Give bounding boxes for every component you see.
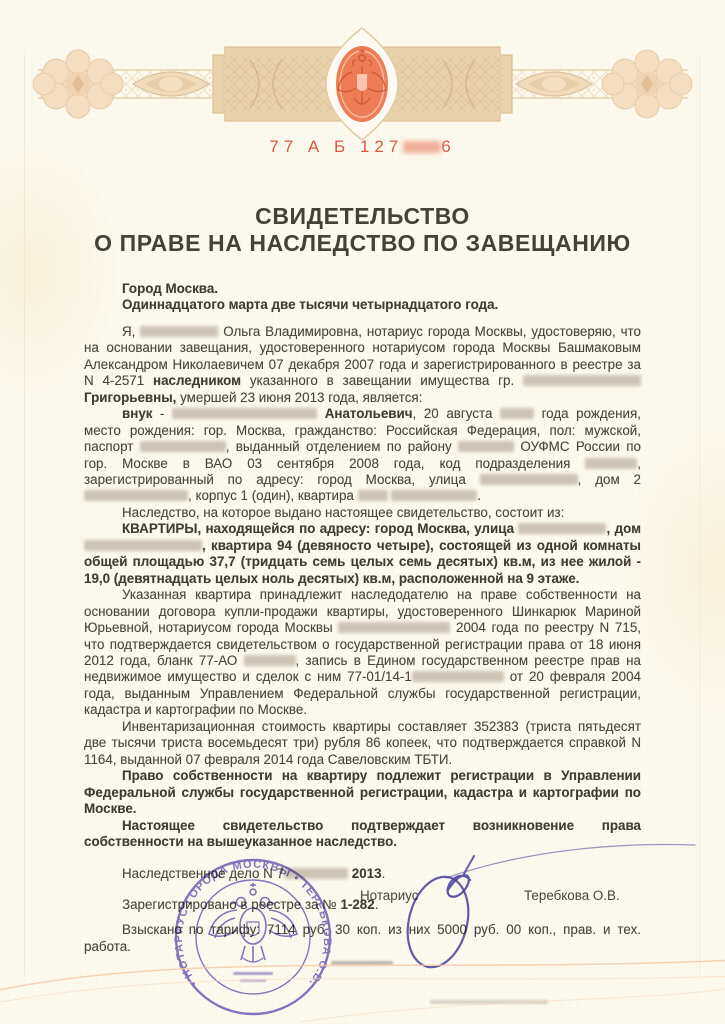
redacted-text (244, 655, 296, 666)
redacted-text (585, 458, 637, 469)
text-run: , дом 2 (578, 472, 641, 487)
text-run: внук (122, 406, 152, 421)
paragraph: Указанная квартира принадлежит наследода… (84, 587, 641, 719)
text-run: , корпус 1 (один), квартира (188, 488, 358, 503)
redacted-text (500, 408, 534, 419)
redacted-text (358, 490, 388, 501)
document-title: СВИДЕТЕЛЬСТВО О ПРАВЕ НА НАСЛЕДСТВО ПО З… (0, 203, 725, 257)
text-run: наследником (153, 373, 241, 388)
redacted-text (480, 474, 578, 485)
page-edge-line-left (24, 55, 25, 975)
serial-number: 77 А Б 1276 (0, 137, 725, 157)
redacted-text (172, 408, 317, 419)
paragraph: Наследство, на которое выдано настоящее … (84, 505, 641, 521)
text-run: . (477, 488, 481, 503)
text-run: . (382, 866, 386, 881)
paragraph: Одиннадцатого марта две тысячи четырнадц… (84, 297, 641, 313)
text-run: указанного в завещании имущества гр. (241, 373, 523, 388)
title-line-1: СВИДЕТЕЛЬСТВО (0, 203, 725, 230)
redacted-text (518, 523, 606, 534)
redacted-text (84, 490, 188, 501)
paragraph: Город Москва. (84, 281, 641, 297)
paragraph: КВАРТИРЫ, находящейся по адресу: город М… (84, 521, 641, 587)
text-run: Одиннадцатого марта две тысячи четырнадц… (122, 297, 498, 312)
redacted-text (391, 490, 477, 501)
text-run: Город Москва. (122, 281, 218, 296)
text-run: Инвентаризационная стоимость квартиры со… (84, 719, 641, 767)
redacted-text (523, 375, 641, 386)
text-run: , 20 августа (413, 406, 500, 421)
text-run: , выданный отделением по району (226, 439, 458, 454)
rosette-left-icon (33, 50, 123, 118)
paragraph: Право собственности на квартиру подлежит… (84, 768, 641, 817)
text-run: Григорьевны, (84, 390, 176, 405)
text-run: Я, (122, 324, 140, 339)
redacted-text (412, 671, 504, 682)
paragraph: Инвентаризационная стоимость квартиры со… (84, 719, 641, 768)
title-line-2: О ПРАВЕ НА НАСЛЕДСТВО ПО ЗАВЕЩАНИЮ (0, 230, 725, 257)
redacted-text (338, 622, 450, 633)
text-run (317, 406, 325, 421)
coat-of-arms-icon (336, 46, 388, 122)
paragraph: внук - Анатольевич, 20 августа года рожд… (84, 406, 641, 505)
text-run: , дом (606, 521, 641, 536)
text-run: 2013 (352, 866, 382, 881)
paragraph: Я, Ольга Владимировна, нотариус города М… (84, 324, 641, 406)
redacted-serial-digits (403, 141, 441, 153)
text-run: - (152, 406, 172, 421)
redacted-text (458, 441, 514, 452)
text-run: Анатольевич (325, 406, 413, 421)
redacted-text (84, 540, 202, 551)
text-run: умершей 23 июня 2013 года, является: (176, 390, 422, 405)
rosette-right-icon (602, 50, 692, 118)
text-run: Наследство, на которое выдано настоящее … (122, 505, 564, 520)
text-run: Право собственности на квартиру подлежит… (84, 768, 641, 816)
text-run: КВАРТИРЫ, находящейся по адресу: город М… (122, 521, 518, 536)
redacted-text (140, 441, 226, 452)
guilloche-arcs (0, 930, 725, 1024)
redacted-text (140, 326, 218, 337)
certificate-page: 77 А Б 1276 СВИДЕТЕЛЬСТВО О ПРАВЕ НА НАС… (0, 0, 725, 1024)
